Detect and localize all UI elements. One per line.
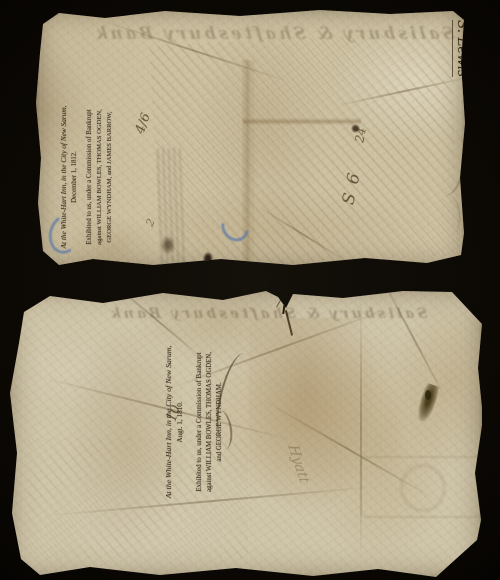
stamp-line-exhibited: Exhibited to us, under a Commission of B… [85, 82, 95, 268]
pencil-hatching [149, 30, 460, 268]
stain-blotch-core [425, 390, 431, 400]
handwriting-mark-2: 2 [143, 217, 158, 229]
banknote-back-bottom: Salisbury & Shaftesbury Bank At the Whit… [8, 288, 482, 578]
ghost-denomination-oval [400, 464, 446, 512]
ink-blot [203, 252, 213, 265]
stamp-line-names-2: GEORGE WYNDHAM, and JAMES BARROW, [105, 82, 115, 268]
handwriting-fraction: 4/6 [133, 111, 154, 136]
stamp-line-exhibited: Exhibited to us, under a Commission of B… [194, 330, 205, 514]
photo-backdrop: Salisbury & Shaftesbury Bank At the Whit… [0, 0, 500, 580]
banknote-back-top: Salisbury & Shaftesbury Bank At the Whit… [35, 8, 466, 268]
handwriting-owner-name-block: S. Lewis [443, 20, 466, 120]
stain-blotch [414, 383, 440, 424]
handwriting-owner-name: S. Lewis [452, 20, 466, 77]
stain [248, 318, 378, 518]
stamp-line-names-1: against WILLIAM BOWLES, THOMAS OGDEN, [95, 82, 105, 268]
handwriting-mark-24: 24 [352, 126, 368, 143]
ink-smudge [161, 236, 175, 254]
